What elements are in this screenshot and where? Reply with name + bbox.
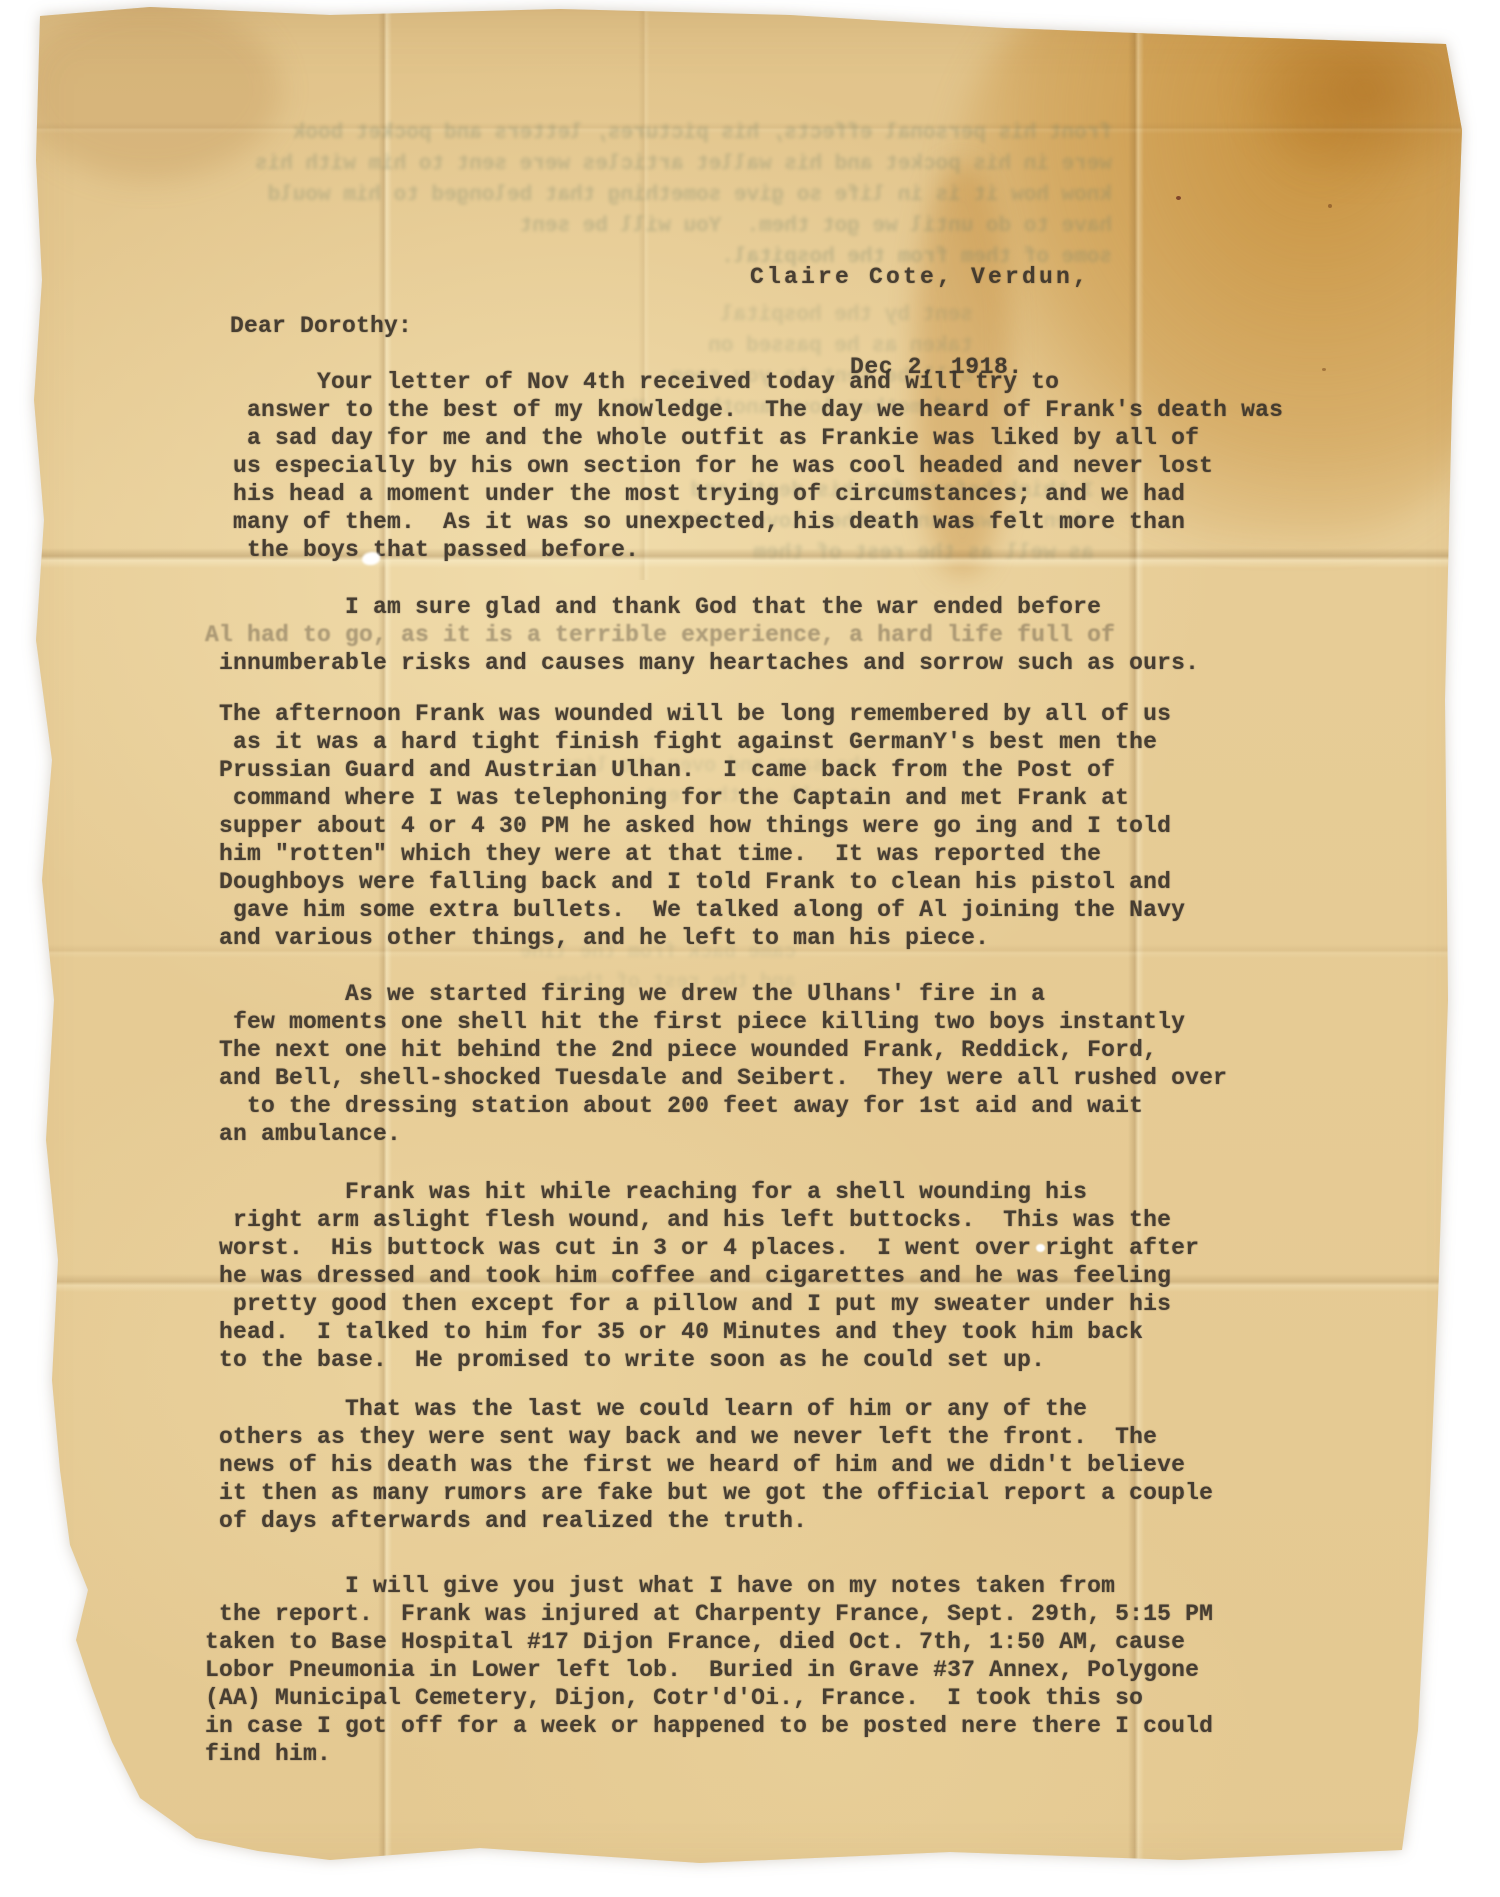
ink-speck bbox=[1328, 204, 1332, 208]
letter-line: many of them. As it was so unexpected, h… bbox=[205, 508, 1283, 536]
letter-line: Frank was hit while reaching for a shell… bbox=[205, 1178, 1199, 1206]
letter-line: Doughboys were falling back and I told F… bbox=[205, 868, 1185, 896]
letter-line: a sad day for me and the whole outfit as… bbox=[205, 424, 1283, 452]
letter-line: supper about 4 or 4 30 PM he asked how t… bbox=[205, 812, 1185, 840]
paper-wrapper: front his personal effects, his pictures… bbox=[0, 0, 1500, 1897]
letter-line: I am sure glad and thank God that the wa… bbox=[205, 593, 1199, 621]
ink-speck bbox=[1176, 196, 1181, 200]
letter-line: as it was a hard tight finish fight agai… bbox=[205, 728, 1185, 756]
letter-line: worst. His buttock was cut in 3 or 4 pla… bbox=[205, 1234, 1199, 1262]
letter-line: The afternoon Frank was wounded will be … bbox=[205, 700, 1185, 728]
letter-line: Al had to go, as it is a terrible experi… bbox=[205, 621, 1199, 649]
fold-crease-horizontal-top bbox=[0, 122, 1500, 134]
letter-line: (AA) Municipal Cemetery, Dijon, Cotr'd'O… bbox=[205, 1684, 1213, 1712]
stain-top-right-corner bbox=[1230, 0, 1500, 190]
letter-line: us especially by his own section for he … bbox=[205, 452, 1283, 480]
letter-line: to the base. He promised to write soon a… bbox=[205, 1346, 1199, 1374]
stain-top-left bbox=[20, 0, 280, 180]
letter-line: gave him some extra bullets. We talked a… bbox=[205, 896, 1185, 924]
letter-line: taken to Base Hospital #17 Dijon France,… bbox=[205, 1628, 1213, 1656]
letter-line: The next one hit behind the 2nd piece wo… bbox=[205, 1036, 1227, 1064]
letter-scan: front his personal effects, his pictures… bbox=[0, 0, 1500, 1897]
letter-line: Prussian Guard and Austrian Ulhan. I cam… bbox=[205, 756, 1185, 784]
letter-line: to the dressing station about 200 feet a… bbox=[205, 1092, 1227, 1120]
letter-line: him "rotten" which they were at that tim… bbox=[205, 840, 1185, 868]
letter-line: and various other things, and he left to… bbox=[205, 924, 1185, 952]
letter-line: the report. Frank was injured at Charpen… bbox=[205, 1600, 1213, 1628]
letter-line: right arm aslight flesh wound, and his l… bbox=[205, 1206, 1199, 1234]
letter-line: in case I got off for a week or happened… bbox=[205, 1712, 1213, 1740]
ink-speck bbox=[1322, 368, 1326, 371]
letter-line: his head a moment under the most trying … bbox=[205, 480, 1283, 508]
letter-paragraph: That was the last we could learn of him … bbox=[205, 1395, 1213, 1535]
letter-line: As we started firing we drew the Ulhans'… bbox=[205, 980, 1227, 1008]
letter-line: That was the last we could learn of him … bbox=[205, 1395, 1213, 1423]
heading-place-line: Claire Cote, Verdun, bbox=[750, 262, 1090, 292]
letter-line: it then as many rumors are fake but we g… bbox=[205, 1479, 1213, 1507]
letter-line: news of his death was the first we heard… bbox=[205, 1451, 1213, 1479]
letter-line: of days afterwards and realized the trut… bbox=[205, 1507, 1213, 1535]
salutation: Dear Dorothy: bbox=[230, 312, 412, 340]
letter-line: innumberable risks and causes many heart… bbox=[205, 649, 1199, 677]
letter-line: command where I was telephoning for the … bbox=[205, 784, 1185, 812]
letter-paragraph: I am sure glad and thank God that the wa… bbox=[205, 593, 1199, 677]
letter-line: find him. bbox=[205, 1740, 1213, 1768]
letter-paragraph: Frank was hit while reaching for a shell… bbox=[205, 1178, 1199, 1374]
letter-line: the boys that passed before. bbox=[205, 536, 1283, 564]
letter-line: Your letter of Nov 4th received today an… bbox=[205, 368, 1283, 396]
letter-line: an ambulance. bbox=[205, 1120, 1227, 1148]
letter-line: pretty good then except for a pillow and… bbox=[205, 1290, 1199, 1318]
letter-paragraph: As we started firing we drew the Ulhans'… bbox=[205, 980, 1227, 1148]
letter-line: few moments one shell hit the first piec… bbox=[205, 1008, 1227, 1036]
letter-paragraph: I will give you just what I have on my n… bbox=[205, 1572, 1213, 1768]
letter-line: he was dressed and took him coffee and c… bbox=[205, 1262, 1199, 1290]
letter-line: head. I talked to him for 35 or 40 Minut… bbox=[205, 1318, 1199, 1346]
letter-paragraph: The afternoon Frank was wounded will be … bbox=[205, 700, 1185, 952]
aged-letter-paper: front his personal effects, his pictures… bbox=[0, 0, 1500, 1897]
bleedthrough-line: front his personal effects, his pictures… bbox=[255, 118, 1112, 149]
letter-line: and Bell, shell-shocked Tuesdale and Sei… bbox=[205, 1064, 1227, 1092]
letter-line: I will give you just what I have on my n… bbox=[205, 1572, 1213, 1600]
letter-line: Lobor Pneumonia in Lower left lob. Burie… bbox=[205, 1656, 1213, 1684]
letter-line: answer to the best of my knowledge. The … bbox=[205, 396, 1283, 424]
letter-line: others as they were sent way back and we… bbox=[205, 1423, 1213, 1451]
bleedthrough-line: were in his pocket and his wallet articl… bbox=[255, 149, 1112, 180]
letter-paragraph: Your letter of Nov 4th received today an… bbox=[205, 368, 1283, 564]
